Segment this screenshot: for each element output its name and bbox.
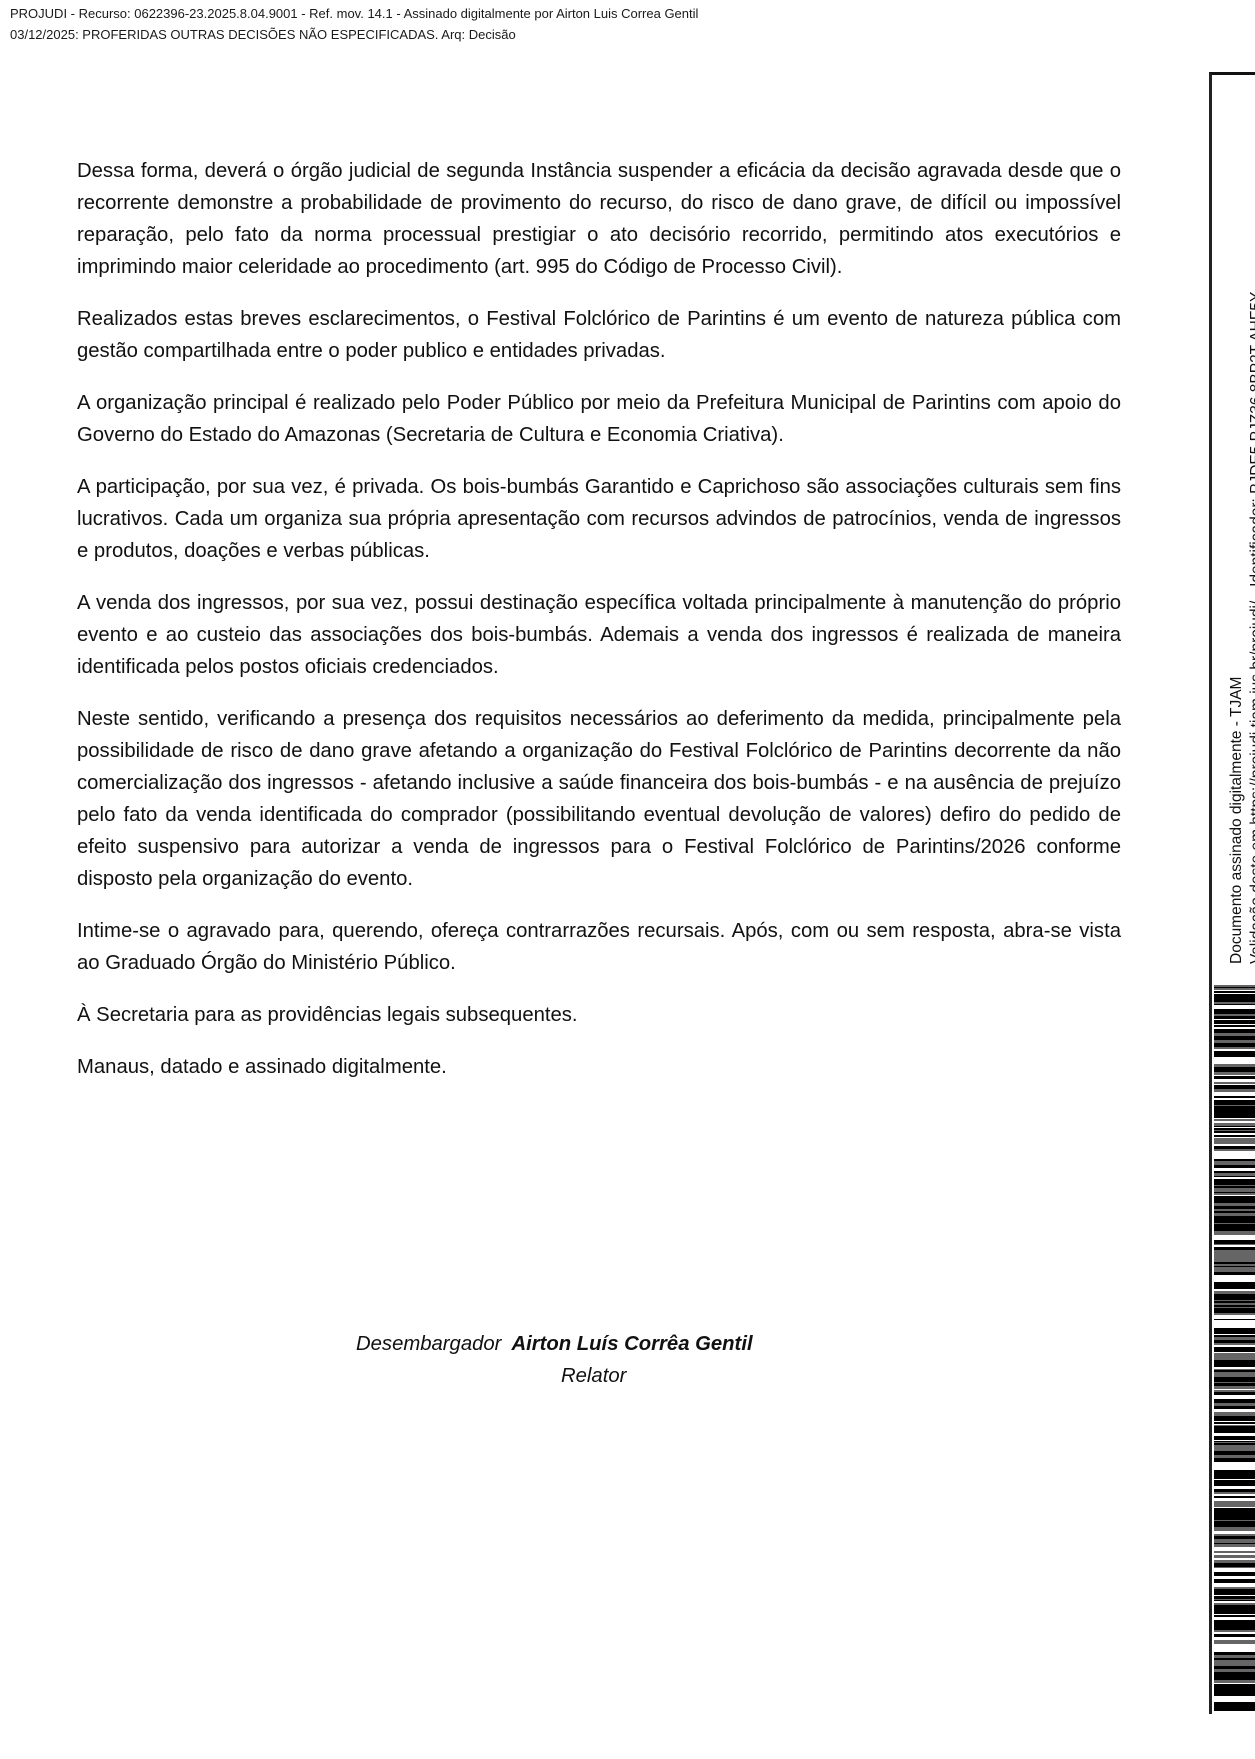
header-reference-line: PROJUDI - Recurso: 0622396-23.2025.8.04.… — [10, 3, 698, 24]
header-movement-line: 03/12/2025: PROFERIDAS OUTRAS DECISÕES N… — [10, 24, 698, 45]
paragraph: Neste sentido, verificando a presença do… — [77, 703, 1121, 895]
signature-line: DesembargadorAirton Luís Corrêa Gentil — [356, 1328, 753, 1360]
paragraph: Manaus, datado e assinado digitalmente. — [77, 1051, 1121, 1083]
paragraph: A participação, por sua vez, é privada. … — [77, 471, 1121, 567]
stamp-validation-line: Validação deste em https://projudi.tjam.… — [1247, 292, 1255, 964]
decision-body: Dessa forma, deverá o órgão judicial de … — [77, 155, 1121, 1103]
paragraph: A venda dos ingressos, por sua vez, poss… — [77, 587, 1121, 683]
document-header: PROJUDI - Recurso: 0622396-23.2025.8.04.… — [10, 3, 698, 45]
paragraph: A organização principal é realizado pelo… — [77, 387, 1121, 451]
validation-stamp-text: Documento assinado digitalmente - TJAM V… — [1227, 292, 1255, 964]
paragraph: À Secretaria para as providências legais… — [77, 999, 1121, 1031]
stamp-signed-line: Documento assinado digitalmente - TJAM — [1227, 292, 1247, 964]
paragraph: Intime-se o agravado para, querendo, ofe… — [77, 915, 1121, 979]
signature-name: Airton Luís Corrêa Gentil — [511, 1333, 752, 1355]
barcode-icon — [1214, 985, 1255, 1711]
paragraph: Realizados estas breves esclarecimentos,… — [77, 303, 1121, 367]
signature-role: Relator — [561, 1360, 626, 1392]
paragraph: Dessa forma, deverá o órgão judicial de … — [77, 155, 1121, 283]
signature-title: Desembargador — [356, 1333, 501, 1355]
